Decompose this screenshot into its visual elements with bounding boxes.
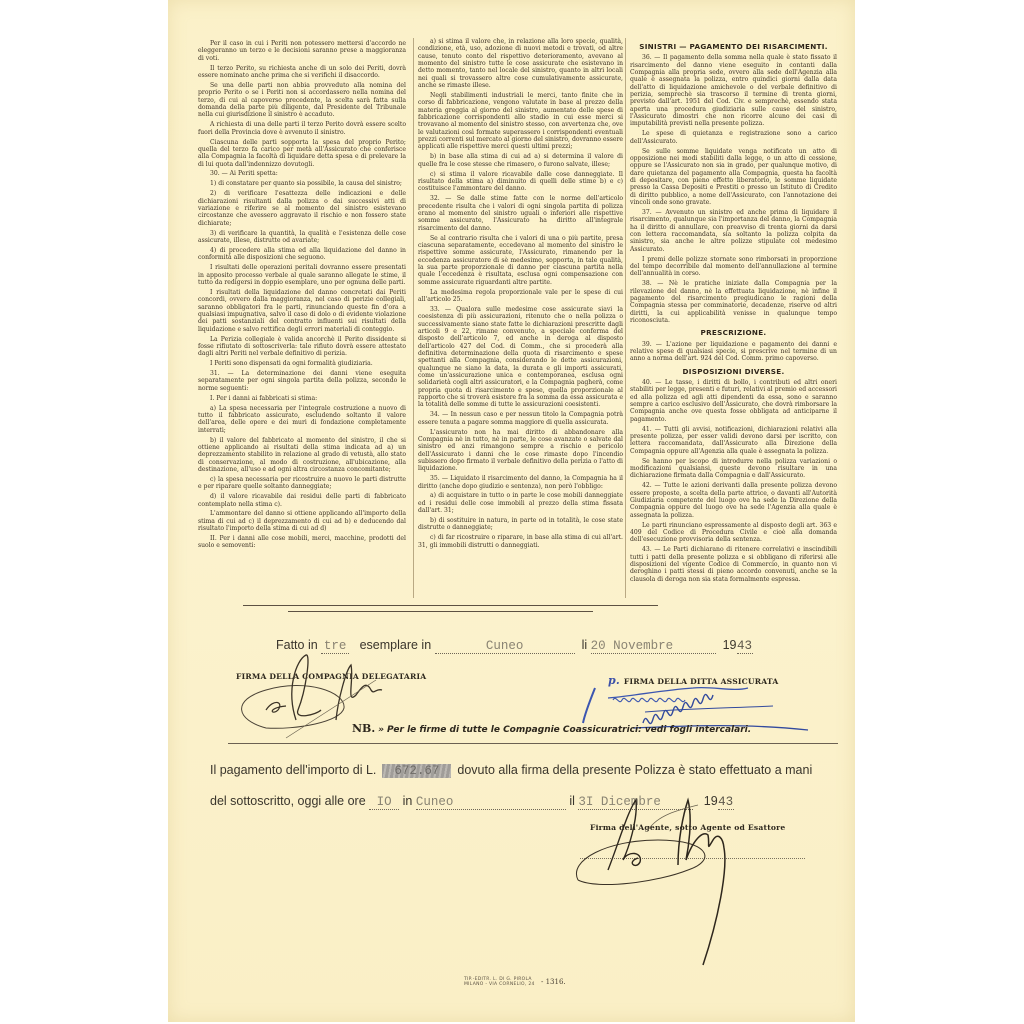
clause-paragraph: La Perizia collegiale è valida ancorchè … bbox=[198, 336, 406, 358]
clause-paragraph: c) si stima il valore ricavabile dalle c… bbox=[418, 171, 623, 193]
clause-paragraph: Negli stabilimenti industriali le merci,… bbox=[418, 92, 623, 151]
date-field[interactable]: 20 Novembre bbox=[591, 639, 716, 654]
payment-line2-text: del sottoscritto, oggi alle ore bbox=[210, 794, 366, 808]
form-number: - 1316. bbox=[541, 978, 566, 986]
clause-paragraph: a) di acquistare in tutto o in parte le … bbox=[418, 492, 623, 514]
clause-paragraph: I Periti sono dispensati da ogni formali… bbox=[198, 360, 406, 367]
clause-paragraph: Se una delle parti non abbia provveduto … bbox=[198, 82, 406, 119]
clause-paragraph: Ciascuna delle parti sopporta la spesa d… bbox=[198, 139, 406, 168]
clause-paragraph: a) si stima il valore che, in relazione … bbox=[418, 38, 623, 89]
section-heading-disposizioni: DISPOSIZIONI DIVERSE. bbox=[630, 368, 837, 375]
clause-paragraph: I. Per i danni ai fabbricati si stima: bbox=[198, 395, 406, 402]
section-heading-prescrizione: PRESCRIZIONE. bbox=[630, 329, 837, 336]
clause-paragraph: I premi delle polizze stornate sono rimb… bbox=[630, 256, 837, 278]
clause-paragraph: b) in base alla stima di cui ad a) si de… bbox=[418, 153, 623, 168]
clause-paragraph: 43. — Le Parti dichiarano di ritenere co… bbox=[630, 546, 837, 583]
clause-paragraph: Se al contrario risulta che i valori di … bbox=[418, 235, 623, 286]
clause-paragraph: 39. — L'azione per liquidazione e pagame… bbox=[630, 341, 837, 363]
clause-paragraph: 35. — Liquidato il risarcimento del dann… bbox=[418, 475, 623, 490]
clause-paragraph: L'assicurato non ha mai diritto di abban… bbox=[418, 429, 623, 473]
payment-line-1: Il pagamento dell'importo di L.672.67dov… bbox=[210, 763, 812, 778]
nb-note: NB. » Per le firme di tutte le Compagnie… bbox=[352, 722, 751, 735]
insurance-policy-page: Per il caso in cui i Periti non potesser… bbox=[168, 0, 855, 1022]
payment-place-field[interactable]: Cuneo bbox=[416, 795, 566, 810]
clause-paragraph: 3) di verificare la quantità, la qualità… bbox=[198, 230, 406, 245]
clause-paragraph: 4) di procedere alla stima ed alla liqui… bbox=[198, 247, 406, 262]
clause-paragraph: A richiesta di una delle parti il terzo … bbox=[198, 121, 406, 136]
clause-paragraph: a) La spesa necessaria per l'integrale c… bbox=[198, 405, 406, 434]
payment-text-start: Il pagamento dell'importo di L. bbox=[210, 763, 376, 777]
clause-paragraph: L'ammontare del danno si ottiene applica… bbox=[198, 510, 406, 532]
clause-paragraph: 2) di verificare l'esattezza delle indic… bbox=[198, 190, 406, 227]
clause-paragraph: II. Per i danni alle cose mobili, merci,… bbox=[198, 535, 406, 550]
place-field[interactable]: Cuneo bbox=[435, 639, 575, 654]
clause-paragraph: 31. — La determinazione dei danni viene … bbox=[198, 370, 406, 392]
clause-paragraph: 33. — Qualora sulle medesime cose assicu… bbox=[418, 306, 623, 409]
in-label: in bbox=[403, 794, 413, 808]
divider-line bbox=[243, 605, 658, 606]
clause-paragraph: 41. — Tutti gli avvisi, notificazioni, d… bbox=[630, 426, 837, 455]
payment-text-end: dovuto alla firma della presente Polizza… bbox=[457, 763, 812, 777]
clause-paragraph: 42. — Tutte le azioni derivanti dalla pr… bbox=[630, 482, 837, 519]
divider-line bbox=[288, 611, 593, 612]
clause-paragraph: Le spese di quietanza e registrazione so… bbox=[630, 130, 837, 145]
clause-paragraph: c) di far ricostruire o riparare, in bas… bbox=[418, 534, 623, 549]
printer-imprint: TIP.-EDITR. L. DI G. PIROLA MILANO - VIA… bbox=[464, 977, 535, 987]
agent-signature bbox=[568, 790, 768, 970]
text-column-3: SINISTRI — PAGAMENTO DEI RISARCIMENTI. 3… bbox=[625, 38, 837, 598]
clause-paragraph: 40. — Le tasse, i diritti di bollo, i co… bbox=[630, 379, 837, 423]
clause-paragraph: b) il valore del fabbricato al momento d… bbox=[198, 437, 406, 474]
clause-paragraph: Se hanno per iscopo di introdurre nella … bbox=[630, 458, 837, 480]
hour-field[interactable]: IO bbox=[369, 795, 399, 810]
nb-text: » Per le firme di tutte le Compagnie Coa… bbox=[378, 725, 751, 735]
clause-paragraph: 36. — Il pagamento della somma nella qua… bbox=[630, 54, 837, 127]
section-heading-sinistri: SINISTRI — PAGAMENTO DEI RISARCIMENTI. bbox=[630, 43, 837, 50]
text-column-1: Per il caso in cui i Periti non potesser… bbox=[198, 40, 406, 552]
nb-label: NB. bbox=[352, 722, 375, 735]
clause-paragraph: Per il caso in cui i Periti non potesser… bbox=[198, 40, 406, 62]
amount-field[interactable]: 672.67 bbox=[382, 764, 451, 778]
clause-paragraph: b) di sostituire in natura, in parte od … bbox=[418, 517, 623, 532]
clause-paragraph: I risultati della liquidazione del danno… bbox=[198, 289, 406, 333]
clause-paragraph: 32. — Se dalle stime fatte con le norme … bbox=[418, 195, 623, 232]
divider-line bbox=[228, 743, 838, 744]
text-column-2: a) si stima il valore che, in relazione … bbox=[413, 38, 623, 598]
clause-paragraph: Le parti rinunciano espressamente al dis… bbox=[630, 522, 837, 544]
clause-paragraph: Il terzo Perito, su richiesta anche di u… bbox=[198, 65, 406, 80]
year-prefix: 19 bbox=[723, 638, 737, 652]
clause-paragraph: 1) di constatare per quanto sia possibil… bbox=[198, 180, 406, 187]
clause-paragraph: 34. — In nessun caso e per nessun titolo… bbox=[418, 411, 623, 426]
clause-paragraph: c) la spesa necessaria per ricostruire a… bbox=[198, 476, 406, 491]
printer-line-2: MILANO - VIA CORNELIO, 24 bbox=[464, 982, 535, 987]
clause-paragraph: La medesima regola proporzionale vale pe… bbox=[418, 289, 623, 304]
year-field[interactable]: 43 bbox=[737, 639, 753, 654]
li-label: li bbox=[582, 638, 588, 652]
clause-paragraph: Se sulle somme liquidate venga notificat… bbox=[630, 148, 837, 207]
clause-paragraph: d) il valore ricavabile dai residui dell… bbox=[198, 493, 406, 508]
clause-paragraph: 38. — Nè le pratiche iniziate dalla Comp… bbox=[630, 280, 837, 324]
clause-paragraph: 37. — Avvenuto un sinistro ed anche prim… bbox=[630, 209, 837, 253]
clause-paragraph: I risultati delle operazioni peritali do… bbox=[198, 264, 406, 286]
clause-paragraph: 30. — Ai Periti spetta: bbox=[198, 170, 406, 177]
